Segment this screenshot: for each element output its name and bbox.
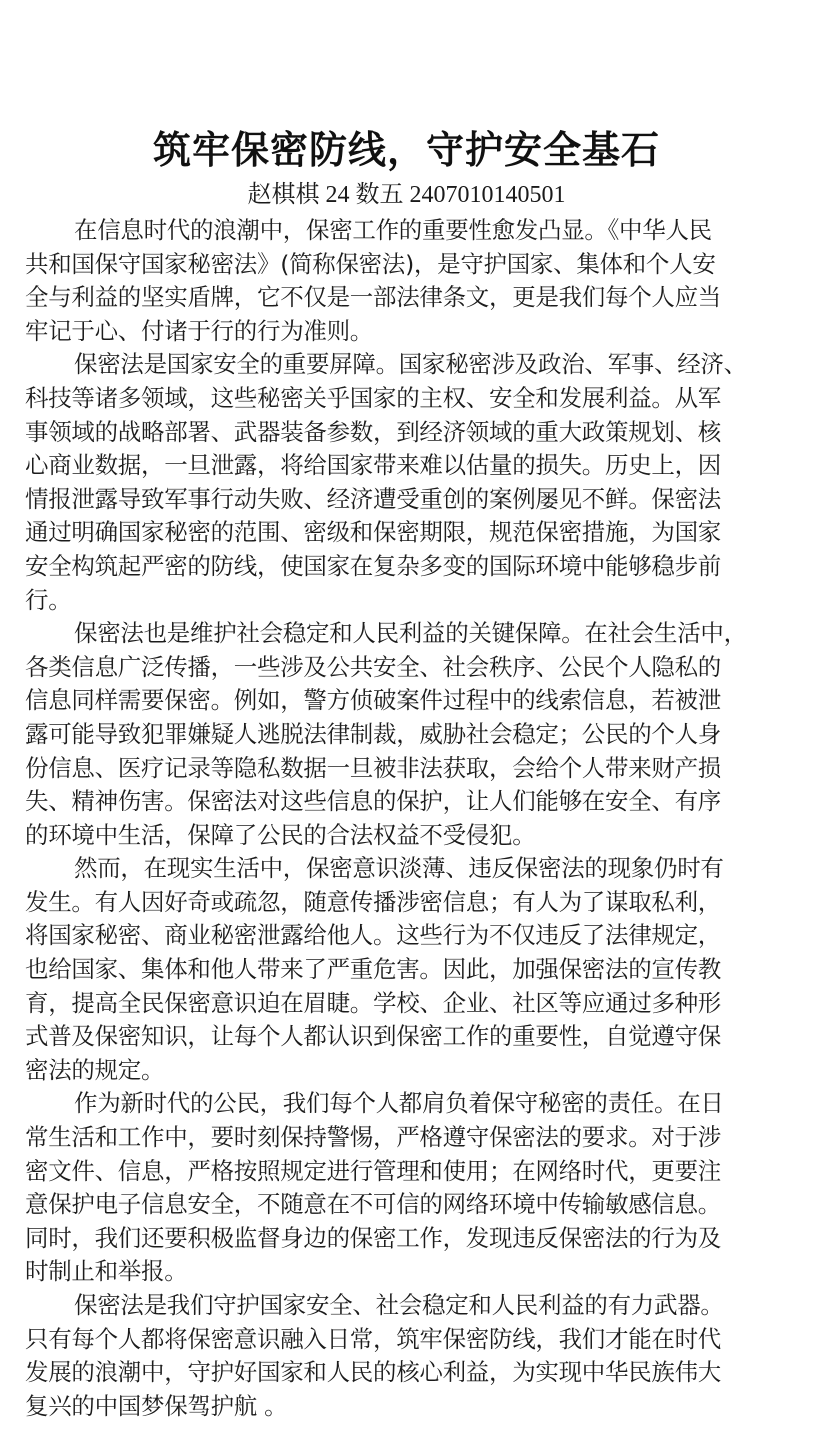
text-line: 作为新时代的公民，我们每个人都肩负着保守秘密的责任。在日 bbox=[25, 1087, 795, 1121]
text-line: 然而，在现实生活中，保密意识淡薄、违反保密法的现象仍时有 bbox=[25, 852, 795, 886]
text-line: 只有每个人都将保密意识融入日常，筑牢保密防线，我们才能在时代 bbox=[25, 1323, 795, 1357]
paragraph-3: 保密法也是维护社会稳定和人民利益的关键保障。在社会生活中， 各类信息广泛传播，一… bbox=[25, 617, 795, 852]
text-line: 心商业数据，一旦泄露，将给国家带来难以估量的损失。历史上，因 bbox=[25, 449, 795, 483]
text-line: 常生活和工作中，要时刻保持警惕，严格遵守保密法的要求。对于涉 bbox=[25, 1121, 795, 1155]
text-line: 育，提高全民保密意识迫在眉睫。学校、企业、社区等应通过多种形 bbox=[25, 987, 795, 1021]
paragraph-2: 保密法是国家安全的重要屏障。国家秘密涉及政治、军事、经济、 科技等诸多领域，这些… bbox=[25, 348, 795, 617]
text-line: 行。 bbox=[25, 584, 795, 618]
text-line: 密文件、信息，严格按照规定进行管理和使用；在网络时代，更要注 bbox=[25, 1155, 795, 1189]
text-line: 将国家秘密、商业秘密泄露给他人。这些行为不仅违反了法律规定， bbox=[25, 919, 795, 953]
paragraph-5: 作为新时代的公民，我们每个人都肩负着保守秘密的责任。在日 常生活和工作中，要时刻… bbox=[25, 1087, 795, 1289]
text-line: 全与利益的坚实盾牌，它不仅是一部法律条文，更是我们每个人应当 bbox=[25, 281, 795, 315]
text-line: 保密法是国家安全的重要屏障。国家秘密涉及政治、军事、经济、 bbox=[25, 348, 795, 382]
text-line: 密法的规定。 bbox=[25, 1054, 795, 1088]
document-title: 筑牢保密防线，守护安全基石 bbox=[0, 126, 813, 174]
text-line: 意保护电子信息安全，不随意在不可信的网络环境中传输敏感信息。 bbox=[25, 1188, 795, 1222]
text-line: 露可能导致犯罪嫌疑人逃脱法律制裁，威胁社会稳定；公民的个人身 bbox=[25, 718, 795, 752]
text-line: 式普及保密知识，让每个人都认识到保密工作的重要性，自觉遵守保 bbox=[25, 1020, 795, 1054]
text-line: 时制止和举报。 bbox=[25, 1255, 795, 1289]
text-line: 情报泄露导致军事行动失败、经济遭受重创的案例屡见不鲜。保密法 bbox=[25, 483, 795, 517]
text-line: 安全构筑起严密的防线，使国家在复杂多变的国际环境中能够稳步前 bbox=[25, 550, 795, 584]
text-line: 事领域的战略部署、武器装备参数，到经济领域的重大政策规划、核 bbox=[25, 416, 795, 450]
author-byline: 赵棋棋 24 数五 2407010140501 bbox=[0, 180, 813, 210]
text-line: 各类信息广泛传播，一些涉及公共安全、社会秩序、公民个人隐私的 bbox=[25, 651, 795, 685]
text-line: 复兴的中国梦保驾护航 。 bbox=[25, 1390, 795, 1424]
text-line: 的环境中生活，保障了公民的合法权益不受侵犯。 bbox=[25, 819, 795, 853]
text-line: 在信息时代的浪潮中，保密工作的重要性愈发凸显。《中华人民 bbox=[25, 214, 795, 248]
text-line: 共和国保守国家秘密法》(简称保密法)，是守护国家、集体和个人安 bbox=[25, 248, 795, 282]
text-line: 份信息、医疗记录等隐私数据一旦被非法获取，会给个人带来财产损 bbox=[25, 752, 795, 786]
text-line: 牢记于心、付诸于行的行为准则。 bbox=[25, 315, 795, 349]
text-line: 信息同样需要保密。例如，警方侦破案件过程中的线索信息，若被泄 bbox=[25, 684, 795, 718]
text-line: 发展的浪潮中，守护好国家和人民的核心利益，为实现中华民族伟大 bbox=[25, 1356, 795, 1390]
document-body: 在信息时代的浪潮中，保密工作的重要性愈发凸显。《中华人民 共和国保守国家秘密法》… bbox=[25, 214, 795, 1423]
document-page: 筑牢保密防线，守护安全基石 赵棋棋 24 数五 2407010140501 在信… bbox=[0, 0, 813, 1445]
text-line: 通过明确国家秘密的范围、密级和保密期限，规范保密措施，为国家 bbox=[25, 516, 795, 550]
text-line: 发生。有人因好奇或疏忽，随意传播涉密信息；有人为了谋取私利， bbox=[25, 886, 795, 920]
paragraph-4: 然而，在现实生活中，保密意识淡薄、违反保密法的现象仍时有 发生。有人因好奇或疏忽… bbox=[25, 852, 795, 1087]
paragraph-6: 保密法是我们守护国家安全、社会稳定和人民利益的有力武器。 只有每个人都将保密意识… bbox=[25, 1289, 795, 1423]
text-line: 科技等诸多领域，这些秘密关乎国家的主权、安全和发展利益。从军 bbox=[25, 382, 795, 416]
paragraph-1: 在信息时代的浪潮中，保密工作的重要性愈发凸显。《中华人民 共和国保守国家秘密法》… bbox=[25, 214, 795, 348]
text-line: 保密法也是维护社会稳定和人民利益的关键保障。在社会生活中， bbox=[25, 617, 795, 651]
text-line: 失、精神伤害。保密法对这些信息的保护，让人们能够在安全、有序 bbox=[25, 785, 795, 819]
text-line: 保密法是我们守护国家安全、社会稳定和人民利益的有力武器。 bbox=[25, 1289, 795, 1323]
text-line: 也给国家、集体和他人带来了严重危害。因此，加强保密法的宣传教 bbox=[25, 953, 795, 987]
text-line: 同时，我们还要积极监督身边的保密工作，发现违反保密法的行为及 bbox=[25, 1222, 795, 1256]
